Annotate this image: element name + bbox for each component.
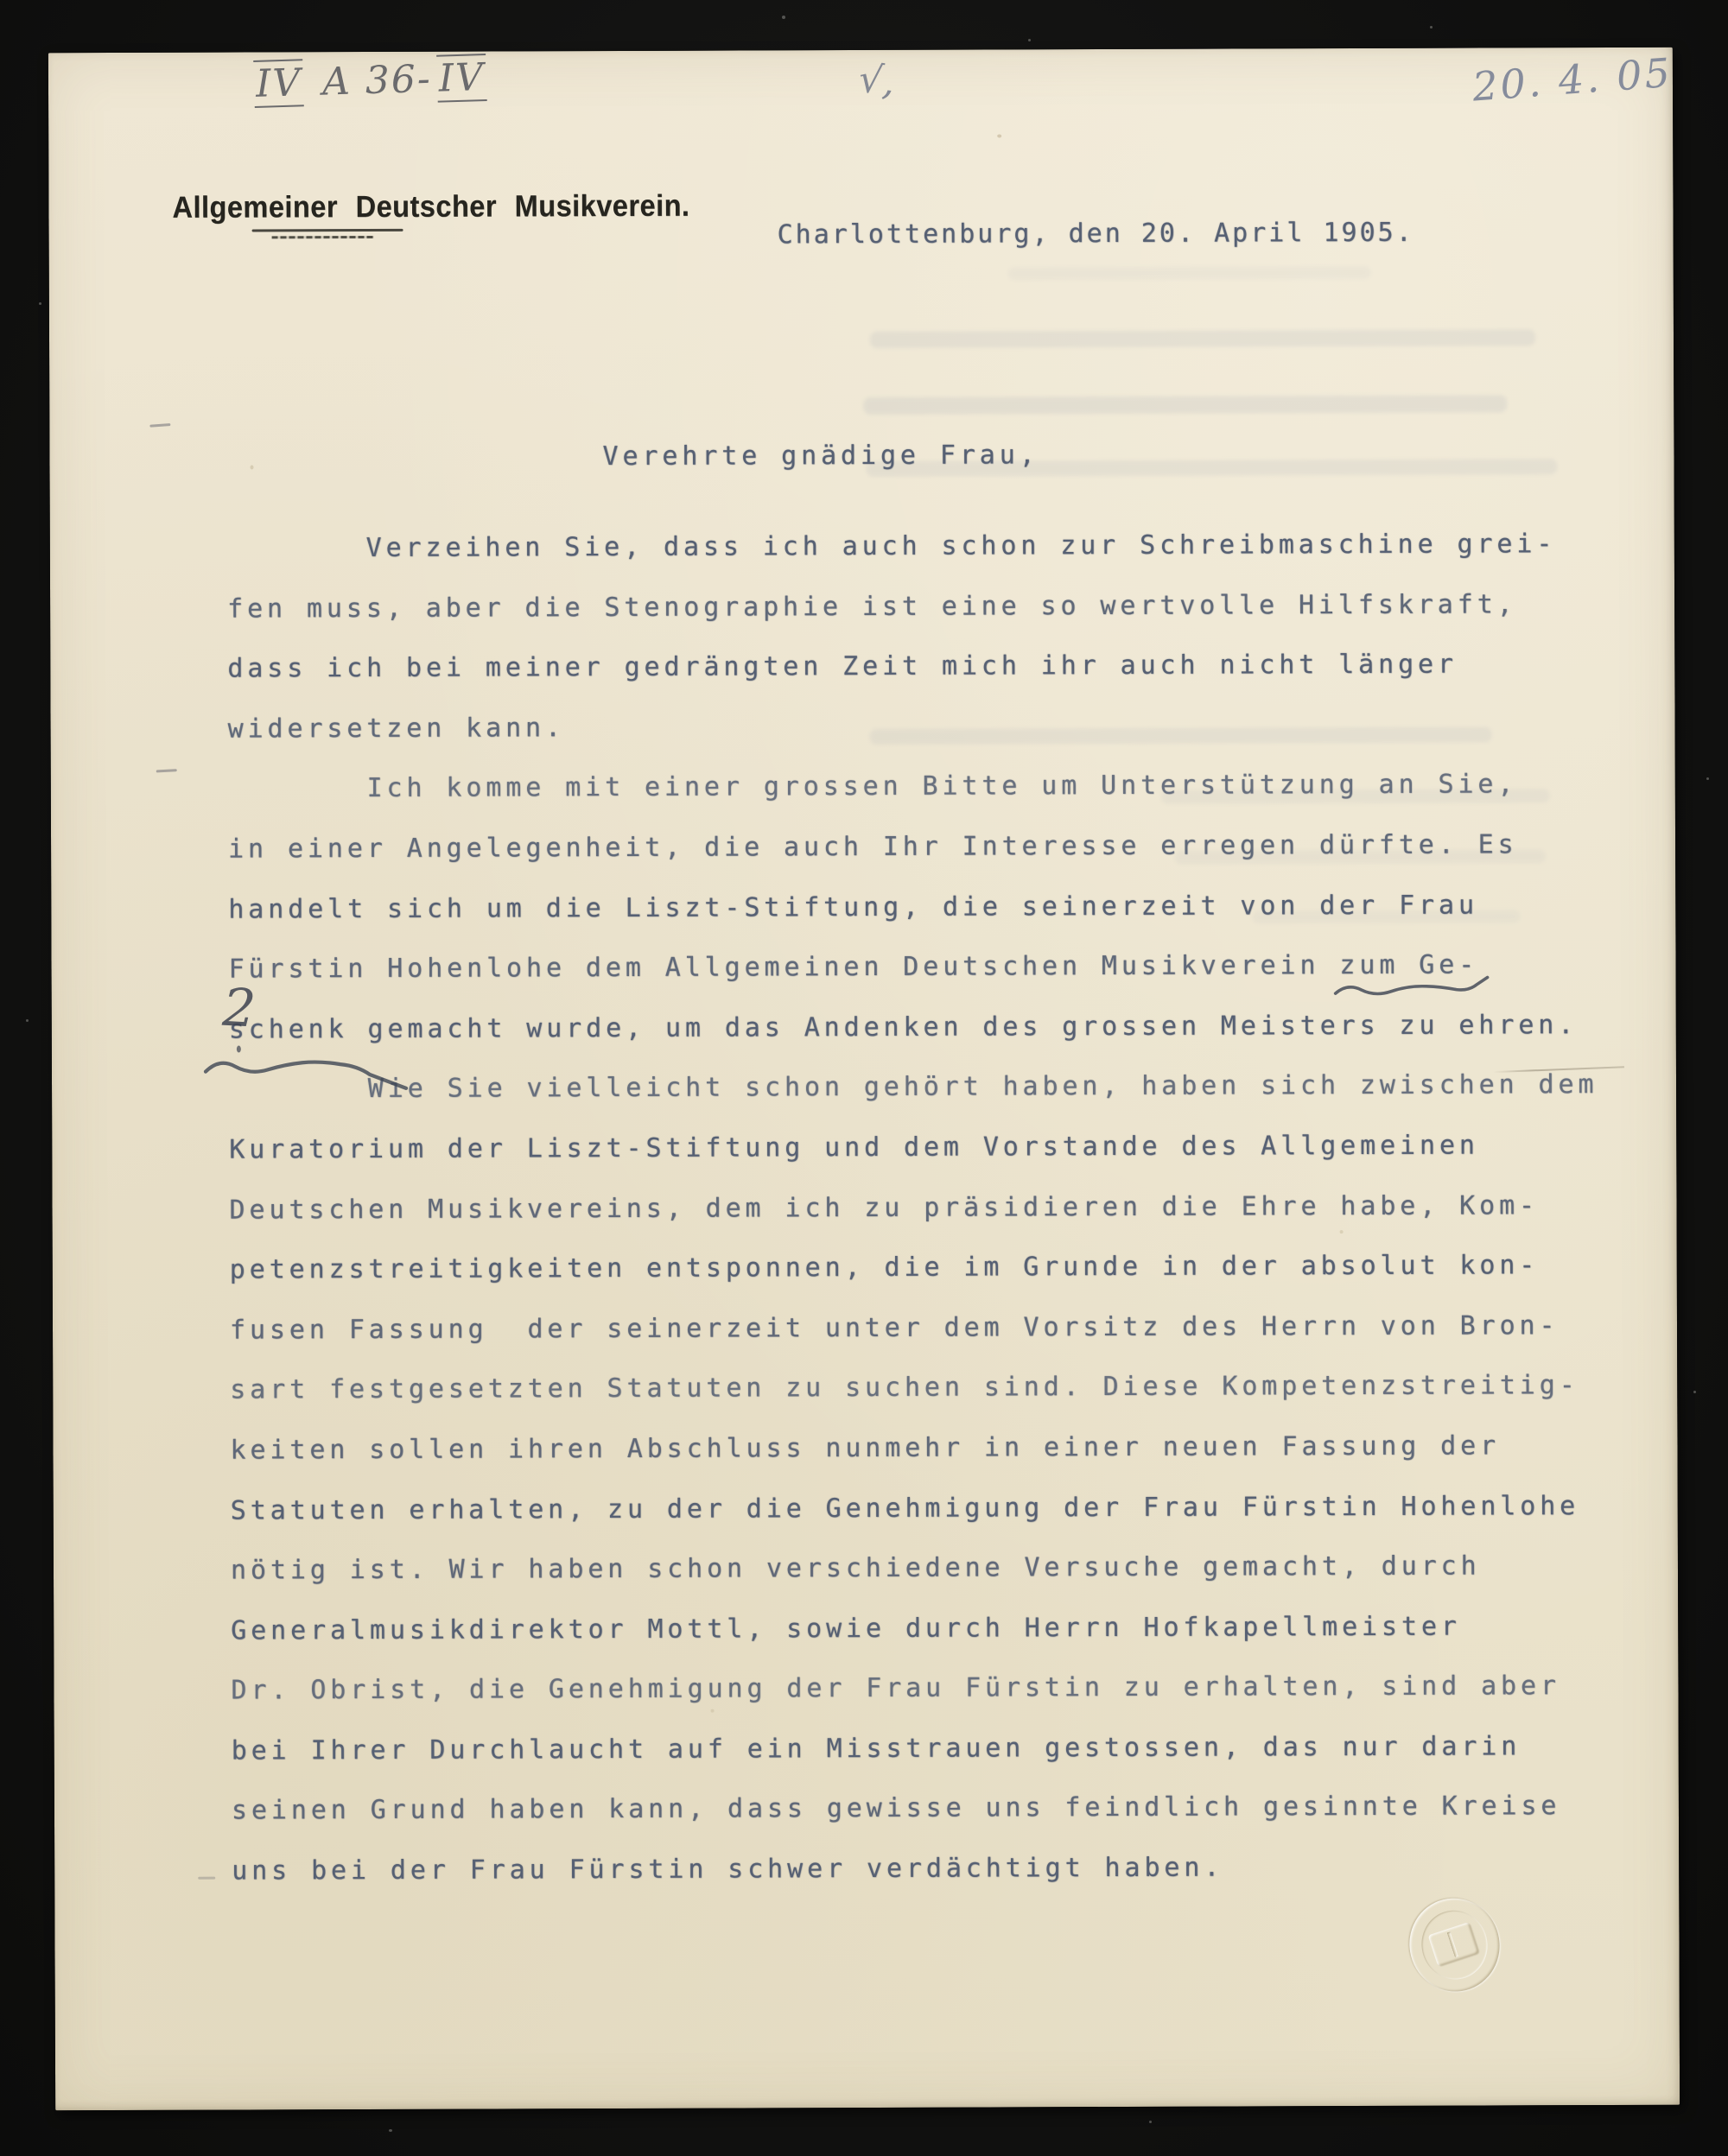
- pencil-date-note: 20. 4. 05: [1471, 49, 1674, 111]
- letter-line: widersetzen kann.: [227, 694, 1597, 759]
- letter-salutation: Verehrte gnädige Frau,: [602, 440, 1039, 472]
- dust-speck: [1706, 777, 1709, 780]
- pencil-archive-mark: IV A 36-IV: [253, 55, 486, 106]
- letter-dateline: Charlottenburg, den 20. April 1905.: [778, 218, 1414, 250]
- letter-line: in einer Angelegenheit, die auch Ihr Int…: [228, 815, 1598, 879]
- letter-line: Verzeihen Sie, dass ich auch schon zur S…: [227, 514, 1597, 579]
- archive-mark-roman-numeral: IV: [253, 59, 304, 108]
- pencil-check-mark: √,: [856, 57, 898, 105]
- bleed-through-line: [863, 395, 1507, 415]
- letter-line: dass ich bei meiner gedrängten Zeit mich…: [227, 634, 1597, 699]
- letter-line: Wie Sie vielleicht schon gehört haben, h…: [229, 1055, 1598, 1119]
- letter-line: Deutschen Musikvereins, dem ich zu präsi…: [229, 1176, 1598, 1240]
- bleed-through-line: [1008, 266, 1371, 280]
- embossed-seal: [1400, 1889, 1509, 2001]
- pencil-tick: [198, 1877, 215, 1880]
- dust-speck: [26, 1019, 29, 1022]
- letterhead-underline-second: [272, 236, 374, 238]
- archive-mark-middle: A 36-: [302, 57, 437, 105]
- letter-line: fen muss, aber die Stenographie ist eine…: [227, 574, 1597, 639]
- foxing-speck: [997, 134, 1001, 137]
- dust-speck: [1028, 39, 1031, 41]
- letter-line: Generalmusikdirektor Mottl, sowie durch …: [231, 1596, 1600, 1661]
- letter-line: Dr. Obrist, die Genehmigung der Frau Für…: [231, 1656, 1600, 1721]
- letter-line: nötig ist. Wir haben schon verschiedene …: [231, 1536, 1600, 1601]
- letter-line: keiten sollen ihren Abschluss nunmehr in…: [230, 1416, 1599, 1481]
- foxing-speck: [251, 465, 254, 469]
- letter-line: bei Ihrer Durchlaucht auf ein Misstrauen…: [232, 1716, 1601, 1781]
- letter-line: seinen Grund haben kann, dass gewisse un…: [232, 1776, 1601, 1841]
- letter-body: Verzeihen Sie, dass ich auch schon zur S…: [227, 514, 1601, 1901]
- letter-line: uns bei der Frau Fürstin schwer verdächt…: [232, 1836, 1601, 1901]
- ink-underline-zum-ge: [1332, 970, 1492, 1009]
- letter-line: sart festgesetzten Statuten zu suchen si…: [230, 1355, 1599, 1420]
- letterhead-underline: [252, 229, 403, 232]
- margin-note-number: 2: [221, 978, 257, 1040]
- pencil-tick: [149, 423, 170, 427]
- letter-line: Kuratorium der Liszt-Stiftung und dem Vo…: [229, 1115, 1598, 1180]
- foxing-speck: [1340, 1230, 1344, 1233]
- letter-line: Ich komme mit einer grossen Bitte um Unt…: [228, 754, 1598, 819]
- ink-underline-schenk: [200, 1042, 412, 1093]
- dust-speck: [1693, 1391, 1696, 1393]
- foxing-speck: [711, 1709, 715, 1713]
- letter-line: handelt sich um die Liszt-Stiftung, die …: [228, 875, 1598, 940]
- letter-line: fusen Fassung der seinerzeit unter dem V…: [230, 1296, 1599, 1360]
- archive-mark-roman-numeral: IV: [436, 54, 487, 103]
- dust-speck: [389, 2129, 392, 2132]
- dust-speck: [39, 302, 41, 305]
- dust-speck: [1149, 2121, 1152, 2123]
- letter-line: Statuten erhalten, zu der die Genehmigun…: [231, 1476, 1600, 1541]
- letterhead-organization: Allgemeiner Deutscher Musikverein.: [172, 189, 689, 225]
- pencil-tick: [156, 769, 177, 772]
- bleed-through-line: [870, 329, 1535, 348]
- dust-speck: [782, 16, 785, 19]
- scan-background: { "scan_annotations": { "archive_mark": …: [0, 0, 1728, 2156]
- margin-note-dot: [237, 1046, 241, 1053]
- letter-page: IV A 36-IV √, 20. 4. 05 Allgemeiner Deut…: [48, 48, 1680, 2111]
- dust-speck: [1430, 26, 1433, 29]
- letter-line: petenzstreitigkeiten entsponnen, die im …: [230, 1235, 1599, 1300]
